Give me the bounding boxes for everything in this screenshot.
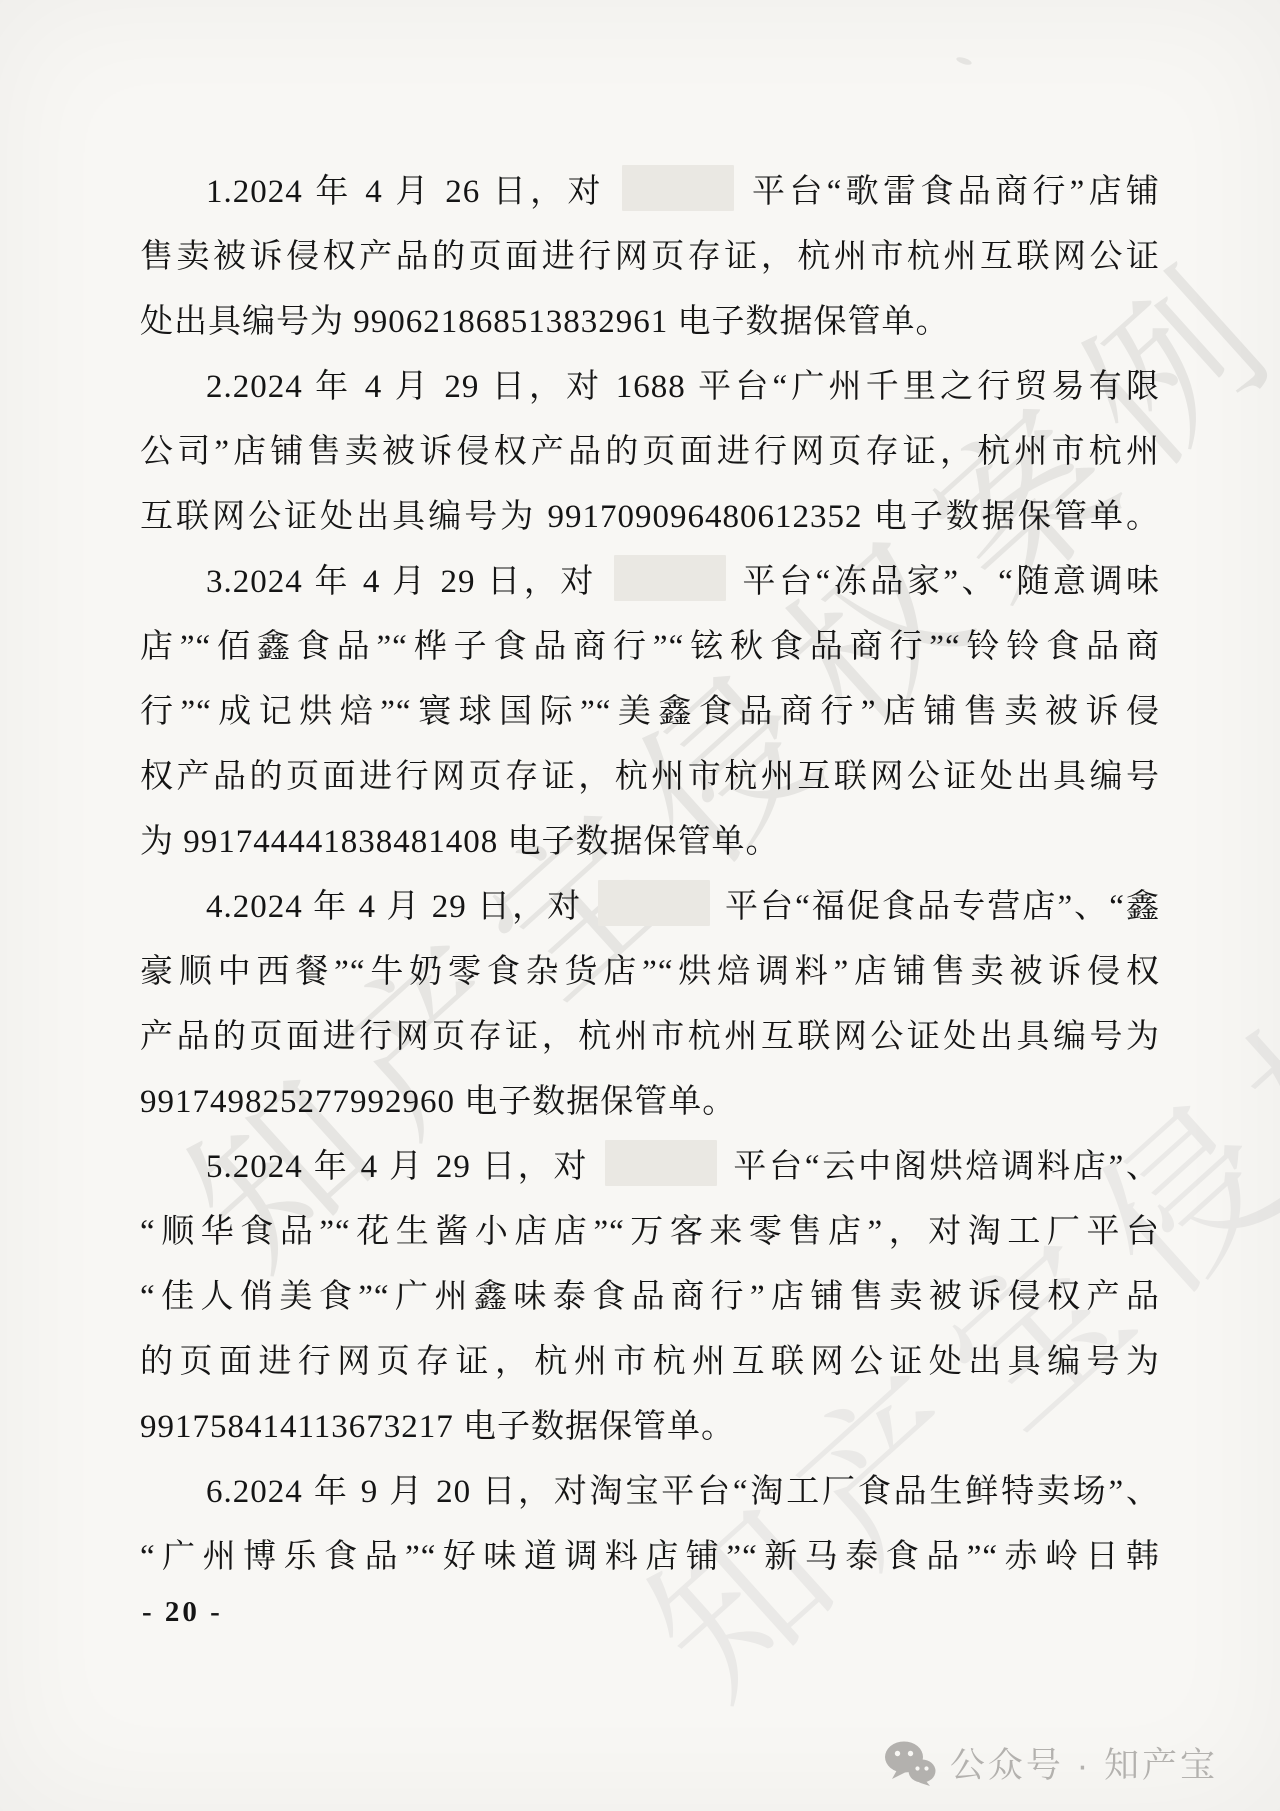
redacted-platform-name (614, 555, 726, 601)
text-line: 的页面进行网页存证，杭州市杭州互联网公证处出具编号为 (140, 1330, 1160, 1395)
redacted-platform-name (598, 880, 710, 926)
text-line: 店”“佰鑫食品”“桦子食品商行”“铉秋食品商行”“铃铃食品商 (140, 615, 1160, 680)
text-line: “顺华食品”“花生酱小店店”“万客来零售店”，对淘工厂平台 (140, 1200, 1160, 1265)
text-line: “佳人俏美食”“广州鑫味泰食品商行”店铺售卖被诉侵权产品 (140, 1265, 1160, 1330)
document-body: 1.2024 年 4 月 26 日，对 平台“歌雷食品商行”店铺售卖被诉侵权产品… (140, 160, 1160, 1590)
text-line: 权产品的页面进行网页存证，杭州市杭州互联网公证处出具编号 (140, 745, 1160, 810)
text-line: 991758414113673217 电子数据保管单。 (140, 1395, 1160, 1460)
text-line: 豪顺中西餐”“牛奶零食杂货店”“烘焙调料”店铺售卖被诉侵权 (140, 940, 1160, 1005)
footer-brand-text: 公众号 · 知产宝 (950, 1738, 1218, 1788)
text-line: 产品的页面进行网页存证，杭州市杭州互联网公证处出具编号为 (140, 1005, 1160, 1070)
text-line: 1.2024 年 4 月 26 日，对 平台“歌雷食品商行”店铺 (140, 160, 1160, 225)
text-line: 互联网公证处出具编号为 991709096480612352 电子数据保管单。 (140, 485, 1160, 550)
redacted-platform-name (622, 165, 734, 211)
text-line: 4.2024 年 4 月 29 日，对 平台“福促食品专营店”、“鑫 (140, 875, 1160, 940)
text-line: 为 991744441838481408 电子数据保管单。 (140, 810, 1160, 875)
text-line: 2.2024 年 4 月 29 日，对 1688 平台“广州千里之行贸易有限 (140, 355, 1160, 420)
wechat-icon (884, 1740, 936, 1786)
text-line: 5.2024 年 4 月 29 日，对 平台“云中阁烘焙调料店”、 (140, 1135, 1160, 1200)
page-number: - 20 - (142, 1596, 223, 1629)
text-line: 6.2024 年 9 月 20 日，对淘宝平台“淘工厂食品生鲜特卖场”、 (140, 1460, 1160, 1525)
text-line: 公司”店铺售卖被诉侵权产品的页面进行网页存证，杭州市杭州 (140, 420, 1160, 485)
text-line: 处出具编号为 990621868513832961 电子数据保管单。 (140, 290, 1160, 355)
redacted-platform-name (605, 1140, 717, 1186)
scanned-document-page: 知产宝侵权案例 知产宝侵权案例 1.2024 年 4 月 26 日，对 平台“歌… (0, 0, 1280, 1811)
scan-speck (955, 56, 972, 67)
text-line: 售卖被诉侵权产品的页面进行网页存证，杭州市杭州互联网公证 (140, 225, 1160, 290)
footer-brand-bar: 公众号 · 知产宝 (884, 1738, 1218, 1788)
text-line: “广州博乐食品”“好味道调料店铺”“新马泰食品”“赤岭日韩 (140, 1525, 1160, 1590)
text-line: 3.2024 年 4 月 29 日，对 平台“冻品家”、“随意调味 (140, 550, 1160, 615)
text-line: 991749825277992960 电子数据保管单。 (140, 1070, 1160, 1135)
text-line: 行”“成记烘焙”“寰球国际”“美鑫食品商行”店铺售卖被诉侵 (140, 680, 1160, 745)
